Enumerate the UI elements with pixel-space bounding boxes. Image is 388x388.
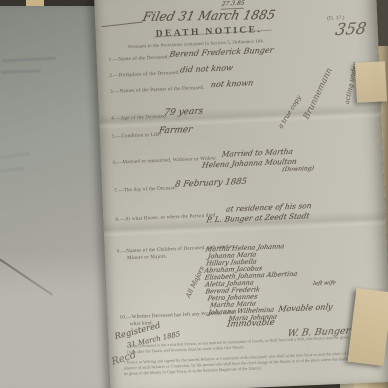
all-majors-annotation: All Majors [184,265,206,299]
property-answer: Movable only [278,302,334,313]
footnote: † Notice in Writing and signed by the ne… [123,351,373,378]
folio-number: 358 [334,19,368,39]
field-answer: 8 February 1885 [174,177,247,190]
faint-writing [0,167,24,172]
form-title: DEATH NOTICE. [156,25,263,39]
faint-writing [2,57,56,63]
field-answer: not known [210,78,254,89]
field-label: 10.—Whether Deceased has left any Proper… [119,310,236,320]
pen-stroke [101,22,143,28]
field-label: 7.—The day of the Decease. [114,186,177,194]
archival-photo: N. R. 1808 27.3.85 Filed 31 March 1885 D… [0,0,388,388]
faint-writing [0,152,30,159]
field-label: 5.—Condition in Life. [112,132,161,139]
field-answer: Berend Frederick Bunger [169,45,275,58]
field-label-line2: Minors or Majors. [127,254,167,261]
faint-writing [1,69,41,73]
field-label: 2.—Birthplace of the Deceased. [109,70,180,78]
field-answer: 79 years [163,106,204,118]
filed-annotation: Filed 31 March 1885 [141,7,277,24]
cover-lower-light [0,252,116,388]
field-answer-line3: (Downing) [282,165,315,173]
property-answer-line2: Immovable [226,318,275,330]
field-label: 1.—Name of the Deceased. [109,55,169,63]
field-answer: Farmer [158,125,193,136]
field-answer: did not know [179,63,233,74]
torn-paper-patch [355,61,387,103]
left-wife-note: left wife [312,280,336,287]
death-notice-page: N. R. 1808 27.3.85 Filed 31 March 1885 D… [94,0,388,388]
field-label: 3.—Names of the Parents of the Deceased. [110,85,204,94]
